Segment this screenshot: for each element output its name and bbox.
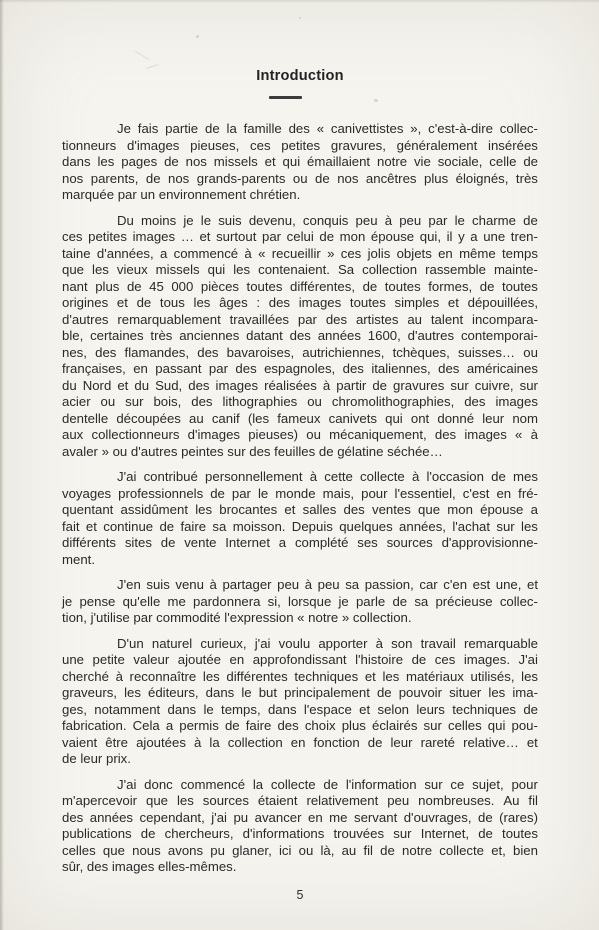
text-line: faitetcontinuedefairesamoisson.Depuisque… xyxy=(62,519,538,536)
scan-edge-shadow xyxy=(0,0,4,930)
paragraph: Dumoinsjelesuisdevenu,conquispeuàpeuparl… xyxy=(62,213,538,461)
text-line: acierousurbois,deslithographiesouchromol… xyxy=(62,394,538,411)
text-line: nosparents,denosgrands-parentsoudenosanc… xyxy=(62,171,538,188)
text-line: ges,notammentdansletemps,dansl'espaceets… xyxy=(62,702,538,719)
text-line: unepetitevaleurajoutéeenapprofondissantl… xyxy=(62,652,538,669)
text-line: quentantassidûmentlesbrocantesetsallesde… xyxy=(62,502,538,519)
text-line: cherchéàreconnaîtrelesdifférentestechniq… xyxy=(62,669,538,686)
scan-speck xyxy=(135,51,149,61)
text-line: graveurs,leséditeurs,danslebutprincipale… xyxy=(62,685,538,702)
paragraph: D'unnaturelcurieux,j'aivouluapporteràson… xyxy=(62,636,538,768)
text-line: danslespagesdenosmisselsetquiémaillaient… xyxy=(62,154,538,171)
text-line: tained'années,acommencéà«recueillir»cesj… xyxy=(62,246,538,263)
text-line: différentssitesdeventeInternetacomplétés… xyxy=(62,535,538,552)
paragraph: J'aicontribuépersonnellementàcettecollec… xyxy=(62,469,538,568)
text-line: tion, j'utilise par commodité l'expressi… xyxy=(62,610,538,627)
text-line: dentelledécoupéesaucanif(lesfameuxcanive… xyxy=(62,411,538,428)
text-line: D'unnaturelcurieux,j'aivouluapporteràson… xyxy=(62,636,538,653)
text-line: françaises,enpassantpardesespagnoles,des… xyxy=(62,361,538,378)
text-line: nes,desflamandes,desbavaroises,autrichie… xyxy=(62,345,538,362)
scanned-book-page: Introduction Jefaispartiedelafamilledes«… xyxy=(0,0,599,930)
text-line: ble,certainestrèsanciennesdatantdesannée… xyxy=(62,328,538,345)
text-line: voyagesprofessionnelsdeparlemondemais,po… xyxy=(62,486,538,503)
paragraph: Jefaispartiedelafamilledes«canivettistes… xyxy=(62,121,538,204)
page-number: 5 xyxy=(62,888,538,902)
text-line: J'aidonccommencélacollectedel'informatio… xyxy=(62,777,538,794)
text-line: fabrication.Celaapermisdefairedeschoixpl… xyxy=(62,718,538,735)
text-line: originesetdetouslesâges:desimagestoutess… xyxy=(62,295,538,312)
text-line: tionneursd'imagespieuses,cespetitesgravu… xyxy=(62,138,538,155)
scan-speck xyxy=(374,98,379,102)
text-block: Jefaispartiedelafamilledes«canivettistes… xyxy=(62,121,538,885)
text-line: de leur prix. xyxy=(62,751,538,768)
text-line: J'aicontribuépersonnellementàcettecollec… xyxy=(62,469,538,486)
text-line: Jefaispartiedelafamilledes«canivettistes… xyxy=(62,121,538,138)
text-line: ment. xyxy=(62,552,538,569)
text-line: quelesvieuxmisselsquilescontenaient.Saco… xyxy=(62,262,538,279)
text-line: m'apercevoirquelessourcesétaientrelative… xyxy=(62,793,538,810)
text-line: avaler » ou d'autres peintes sur des feu… xyxy=(62,444,538,461)
text-line: vaientêtreajoutéesàlacollectionenfonctio… xyxy=(62,735,538,752)
paragraph: J'ensuisvenuàpartagerpeuàpeusapassion,ca… xyxy=(62,577,538,627)
paragraph: J'aidonccommencélacollectedel'informatio… xyxy=(62,777,538,876)
text-line: J'ensuisvenuàpartagerpeuàpeusapassion,ca… xyxy=(62,577,538,594)
page-title: Introduction xyxy=(62,68,538,84)
text-line: Dumoinsjelesuisdevenu,conquispeuàpeuparl… xyxy=(62,213,538,230)
text-line: jepensequ'ellemepardonnerasi,lorsquejepa… xyxy=(62,594,538,611)
scan-speck xyxy=(196,35,199,38)
text-line: sûr, des images elles-mêmes. xyxy=(62,859,538,876)
scan-edge-shadow xyxy=(0,0,599,3)
text-line: cespetitesimages…etsurtoutparceluidemoné… xyxy=(62,229,538,246)
text-line: d'autresremarquablementtravailléespardes… xyxy=(62,312,538,329)
scan-speck xyxy=(299,17,301,19)
text-line: nantplusde45000piècestoutesdifférentes,d… xyxy=(62,279,538,296)
text-line: auxcollectionneursd'imagespieuses)ouméca… xyxy=(62,427,538,444)
text-line: duNordetduSud,desimagesréaliséesàpartird… xyxy=(62,378,538,395)
text-line: marquée par un environnement chrétien. xyxy=(62,187,538,204)
text-line: desannéescependant,j'aipuavancerenmeserv… xyxy=(62,810,538,827)
text-line: cellesquenousavonspuglaner,icioulà,aufil… xyxy=(62,843,538,860)
title-divider-rule xyxy=(269,96,302,99)
text-line: publicationsdechercheurs,d'informationst… xyxy=(62,826,538,843)
